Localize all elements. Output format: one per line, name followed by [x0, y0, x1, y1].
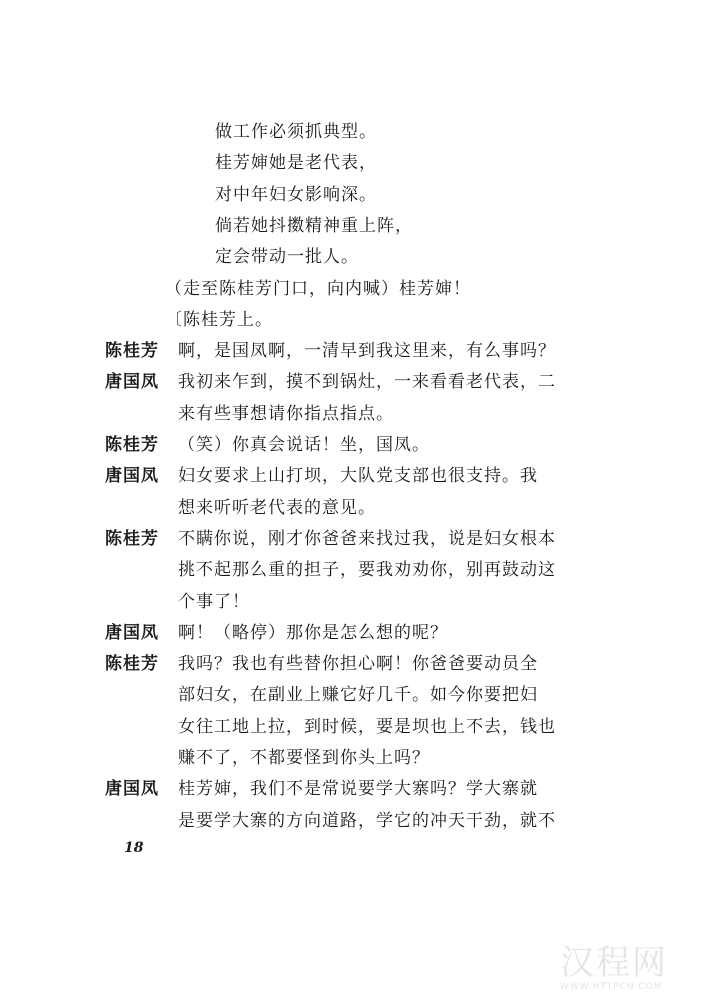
stage-direction: 〔陈桂芳上。 [165, 310, 273, 330]
dialogue-line: 妇女要求上山打坝，大队党支部也很支持。我 [178, 466, 538, 486]
dialogue-line: 部妇女，在副业上赚它好几千。如今你要把妇 [178, 685, 538, 705]
speaker-name: 陈桂芳 [105, 341, 159, 361]
speaker-name: 唐国凤 [105, 623, 159, 643]
dialogue-line: （笑）你真会说话！坐，国凤。 [178, 435, 430, 455]
verse-line: 桂芳婶她是老代表， [215, 153, 377, 173]
dialogue-line: 啊！（略停）那你是怎么想的呢？ [178, 623, 448, 643]
watermark-name: 汉程网 [560, 935, 668, 984]
dialogue-line: 来有些事想请你指点指点。 [178, 404, 394, 424]
verse-line: 倘若她抖擞精神重上阵， [215, 216, 413, 236]
stage-direction: （走至陈桂芳门口，向内喊）桂芳婶！ [165, 279, 471, 299]
verse-line: 定会带动一批人。 [215, 247, 359, 267]
dialogue-line: 女往工地上拉，到时候，要是坝也上不去，钱也 [178, 717, 556, 737]
dialogue-line: 我吗？我也有些替你担心啊！你爸爸要动员全 [178, 654, 538, 674]
speaker-name: 唐国凤 [105, 779, 159, 799]
page-number: 18 [124, 840, 143, 856]
dialogue-line: 我初来乍到，摸不到锅灶，一来看看老代表，二 [178, 372, 556, 392]
speaker-name: 陈桂芳 [105, 435, 159, 455]
dialogue-line: 啊，是国凤啊，一清早到我这里来，有么事吗？ [178, 341, 556, 361]
dialogue-line: 个事了！ [178, 592, 250, 612]
speaker-name: 唐国凤 [105, 372, 159, 392]
dialogue-line: 挑不起那么重的担子，要我劝劝你，别再鼓动这 [178, 560, 556, 580]
speaker-name: 陈桂芳 [105, 529, 159, 549]
dialogue-line: 不瞒你说，刚才你爸爸来找过我，说是妇女根本 [178, 529, 556, 549]
dialogue-line: 是要学大寨的方向道路，学它的冲天干劲，就不 [178, 811, 556, 831]
dialogue-line: 想来听听老代表的意见。 [178, 498, 376, 518]
dialogue-line: 桂芳婶，我们不是常说要学大寨吗？学大寨就 [178, 779, 538, 799]
verse-line: 对中年妇女影响深。 [215, 185, 377, 205]
watermark: 汉程网 WWW.HTTPCN.COM [560, 935, 668, 992]
speaker-name: 唐国凤 [105, 466, 159, 486]
dialogue-line: 赚不了，不都要怪到你头上吗？ [178, 748, 430, 768]
verse-line: 做工作必须抓典型。 [215, 122, 377, 142]
speaker-name: 陈桂芳 [105, 654, 159, 674]
watermark-url: WWW.HTTPCN.COM [560, 982, 668, 992]
